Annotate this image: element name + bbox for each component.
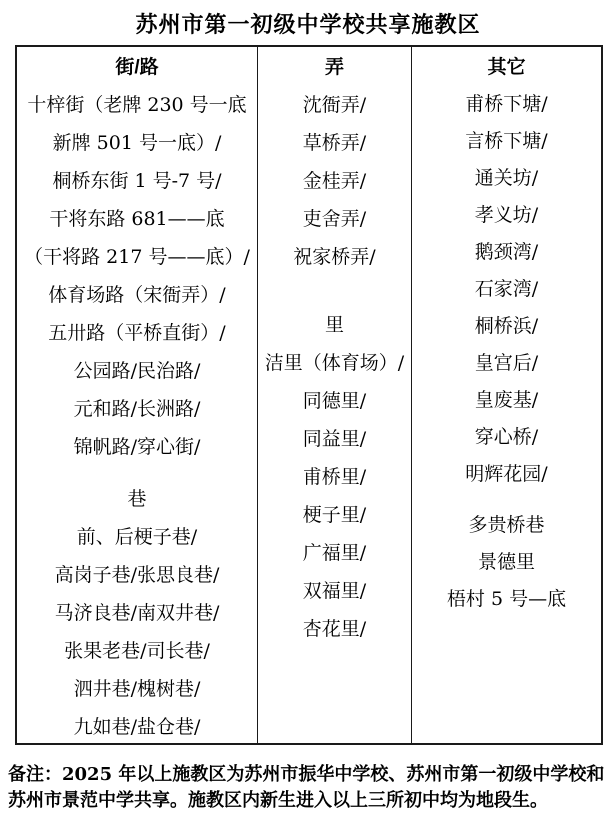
district-entry: 甫桥里/ <box>258 458 411 496</box>
district-entry: 甫桥下塘/ <box>412 86 601 123</box>
district-entry: 祝家桥弄/ <box>258 238 411 276</box>
district-entry: 公园路/民治路/ <box>17 352 257 390</box>
district-entry: 马济良巷/南双井巷/ <box>17 594 257 632</box>
district-entry: 草桥弄/ <box>258 124 411 162</box>
district-entry: 皇宫后/ <box>412 345 601 382</box>
other-lines-list: 甫桥下塘/言桥下塘/通关坊/孝义坊/鹅颈湾/石家湾/桐桥浜/皇宫后/皇废基/穿心… <box>412 86 601 618</box>
footnote-line-2: 苏州市景范中学共享。施教区内新生进入以上三所初中均为地段生。 <box>8 788 610 814</box>
district-entry: 沈衙弄/ <box>258 86 411 124</box>
district-entry: 桐桥浜/ <box>412 308 601 345</box>
district-entry: 杏花里/ <box>258 610 411 648</box>
district-entry: 同益里/ <box>258 420 411 458</box>
street-lines-list: 十梓街（老牌 230 号一底新牌 501 号一底）/桐桥东街 1 号-7 号/干… <box>17 86 257 746</box>
column-header-lane: 弄 <box>258 50 411 86</box>
district-table: 街/路 十梓街（老牌 230 号一底新牌 501 号一底）/桐桥东街 1 号-7… <box>15 45 603 745</box>
page-title: 苏州市第一初级中学校共享施教区 <box>0 8 616 39</box>
district-entry: 广福里/ <box>258 534 411 572</box>
column-lane: 弄 沈衙弄/草桥弄/金桂弄/吏舍弄/祝家桥弄/里洁里（体育场）/同德里/同益里/… <box>257 47 412 743</box>
district-entry: 桐桥东街 1 号-7 号/ <box>17 162 257 200</box>
district-entry: 言桥下塘/ <box>412 123 601 160</box>
district-entry: 金桂弄/ <box>258 162 411 200</box>
district-entry: 明辉花园/ <box>412 456 601 493</box>
spacer <box>17 466 257 480</box>
district-entry: 吏舍弄/ <box>258 200 411 238</box>
district-entry: 孝义坊/ <box>412 197 601 234</box>
district-entry: 九如巷/盐仓巷/ <box>17 708 257 746</box>
district-entry: 石家湾/ <box>412 271 601 308</box>
district-entry: 高岗子巷/张思良巷/ <box>17 556 257 594</box>
district-entry: 通关坊/ <box>412 160 601 197</box>
district-entry: 干将东路 681——底 <box>17 200 257 238</box>
district-entry: 多贵桥巷 <box>412 507 601 544</box>
district-entry: 同德里/ <box>258 382 411 420</box>
district-entry: 梗子里/ <box>258 496 411 534</box>
district-entry: 体育场路（宋衙弄）/ <box>17 276 257 314</box>
column-header-other: 其它 <box>412 50 601 86</box>
district-entry: 泗井巷/槐树巷/ <box>17 670 257 708</box>
district-entry: 十梓街（老牌 230 号一底 <box>17 86 257 124</box>
district-entry: 元和路/长洲路/ <box>17 390 257 428</box>
district-entry: 穿心桥/ <box>412 419 601 456</box>
section-header: 巷 <box>17 480 257 518</box>
district-entry: 梧村 5 号—底 <box>412 581 601 618</box>
district-entry: 张果老巷/司长巷/ <box>17 632 257 670</box>
column-street: 街/路 十梓街（老牌 230 号一底新牌 501 号一底）/桐桥东街 1 号-7… <box>17 47 257 743</box>
district-entry: 双福里/ <box>258 572 411 610</box>
district-entry: （干将路 217 号——底）/ <box>17 238 257 276</box>
spacer <box>412 493 601 507</box>
district-entry: 新牌 501 号一底）/ <box>17 124 257 162</box>
district-entry: 景德里 <box>412 544 601 581</box>
footnote-line-1: 备注：2025 年以上施教区为苏州市振华中学校、苏州市第一初级中学校和 <box>8 762 610 788</box>
footnote: 备注：2025 年以上施教区为苏州市振华中学校、苏州市第一初级中学校和 苏州市景… <box>8 762 610 814</box>
district-entry: 五卅路（平桥直街）/ <box>17 314 257 352</box>
district-entry: 前、后梗子巷/ <box>17 518 257 556</box>
column-header-street: 街/路 <box>17 50 257 86</box>
spacer <box>258 276 411 306</box>
column-other: 其它 甫桥下塘/言桥下塘/通关坊/孝义坊/鹅颈湾/石家湾/桐桥浜/皇宫后/皇废基… <box>412 47 601 743</box>
lane-lines-list: 沈衙弄/草桥弄/金桂弄/吏舍弄/祝家桥弄/里洁里（体育场）/同德里/同益里/甫桥… <box>258 86 411 648</box>
district-entry: 皇废基/ <box>412 382 601 419</box>
district-entry: 锦帆路/穿心街/ <box>17 428 257 466</box>
section-header: 里 <box>258 306 411 344</box>
district-entry: 鹅颈湾/ <box>412 234 601 271</box>
district-entry: 洁里（体育场）/ <box>258 344 411 382</box>
